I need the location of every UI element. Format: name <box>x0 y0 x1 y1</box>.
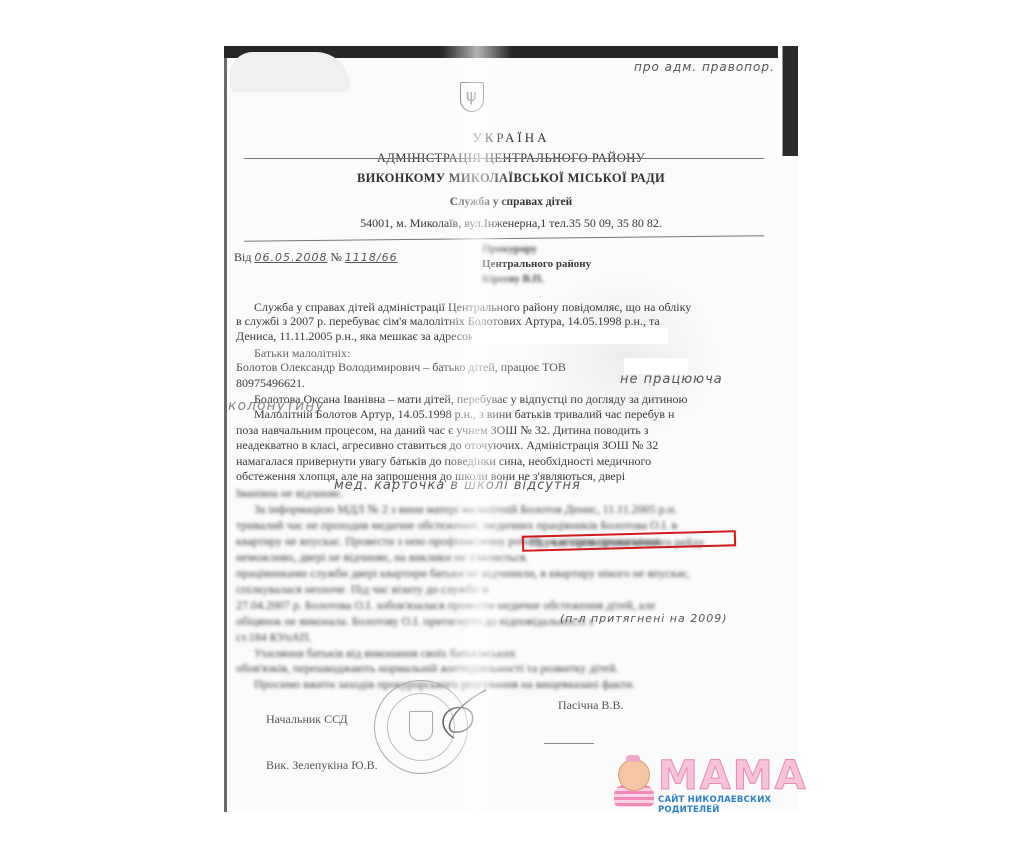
reference-prefix: Від <box>234 250 251 264</box>
header-rule <box>244 158 764 159</box>
reference-number-label: № <box>330 250 341 264</box>
redaction <box>472 328 668 344</box>
signature-icon <box>424 686 494 746</box>
paragraph-line: неможливо, двері не відчиняє, на виклики… <box>236 550 528 565</box>
header-bottom-rule <box>244 235 764 241</box>
paragraph-line: працівниками служби двері квартири батьк… <box>236 566 690 581</box>
paragraph-line: Батьки малолітніх: <box>254 346 350 361</box>
reference-number: 1118/66 <box>345 251 398 264</box>
paragraph-line: тривалий час не проходив медичне обстеже… <box>236 518 677 533</box>
paper-curl <box>230 52 350 92</box>
paragraph-line: Ухиляння батьків від виконання своїх бат… <box>254 646 516 661</box>
paragraph-line: неадекватно в класі, агресивно ставиться… <box>236 438 658 453</box>
paragraph-line: в службі з 2007 р. перебуває сім'я малол… <box>236 314 660 329</box>
paragraph-line: Дениса, 11.11.2005 р.н., яка мешкає за а… <box>236 329 480 344</box>
header-country: УКРАЇНА <box>224 130 798 146</box>
handwritten-med-card: мед. карточка в школі відсутня <box>334 478 581 493</box>
paragraph-line: поза навчальним процесом, на даний час є… <box>236 423 649 438</box>
paragraph-line: спілкувалася неохоче. Під час візиту до … <box>236 582 488 597</box>
signature-name: Пасічна В.В. <box>558 698 623 713</box>
coat-of-arms-icon: ψ <box>460 82 484 112</box>
paragraph-line: обіцянок не виконала. Болотову О.І. прит… <box>236 614 593 629</box>
reference-line: Від 06.05.2008 № 1118/66 <box>234 250 398 265</box>
handwritten-not-working: не працююча <box>620 372 723 387</box>
paragraph-line: Іванівна не відчиняє. <box>236 486 343 501</box>
paragraph-line: Служба у справах дітей адміністрації Цен… <box>254 300 691 315</box>
handwritten-top-note: про адм. правопор. <box>634 60 775 74</box>
addressee-line2: Центрального району <box>482 257 591 272</box>
paragraph-line: обов'язків, перешкоджають нормальній жит… <box>236 661 619 676</box>
addressee-line3: Кірєєву В.П. <box>482 272 591 287</box>
paragraph-line: За інформацією МДЛ № 2 з вини матері мал… <box>254 502 677 517</box>
paragraph-line: Малолітній Болотов Артур, 14.05.1998 р.н… <box>254 407 674 422</box>
watermark-tagline: САЙТ НИКОЛАЕВСКИХ РОДИТЕЛЕЙ <box>658 795 797 815</box>
watermark-word: МАМА <box>658 753 808 799</box>
addressee-line1: Прокурору <box>482 242 591 257</box>
scanned-document: про адм. правопор. ψ УКРАЇНА АДМІНІСТРАЦ… <box>224 46 798 812</box>
baby-bow-icon <box>626 755 640 762</box>
paragraph-line: Болотов Олександр Володимирович – батько… <box>236 360 566 375</box>
paragraph-line: 27.04.2007 р. Болотова О.І. зобов'язалас… <box>236 598 655 613</box>
paragraph-line: ст.184 КУпАП. <box>236 630 312 645</box>
addressee: Прокурору Центрального району Кірєєву В.… <box>482 242 591 287</box>
handwritten-repeated: (п-л притягнені на 2009) <box>560 612 728 625</box>
signature-position: Начальник ССД <box>266 712 348 727</box>
header-address: 54001, м. Миколаїв, вул.Інженерна,1 тел.… <box>224 216 798 231</box>
paragraph-line: 80975496621. <box>236 376 305 391</box>
watermark-logo: МАМА САЙТ НИКОЛАЕВСКИХ РОДИТЕЛЕЙ <box>612 755 797 810</box>
paragraph-line: намагалася привернути увагу батьків до п… <box>236 454 651 469</box>
executor: Вик. Зелепукіна Ю.В. <box>266 758 378 773</box>
header-line3: Служба у справах дітей <box>224 196 798 208</box>
reference-date: 06.05.2008 <box>254 251 327 264</box>
signature-line <box>544 743 594 744</box>
baby-face-icon <box>618 759 650 791</box>
header-line2: ВИКОНКОМУ МИКОЛАЇВСЬКОЇ МІСЬКОЇ РАДИ <box>224 171 798 186</box>
